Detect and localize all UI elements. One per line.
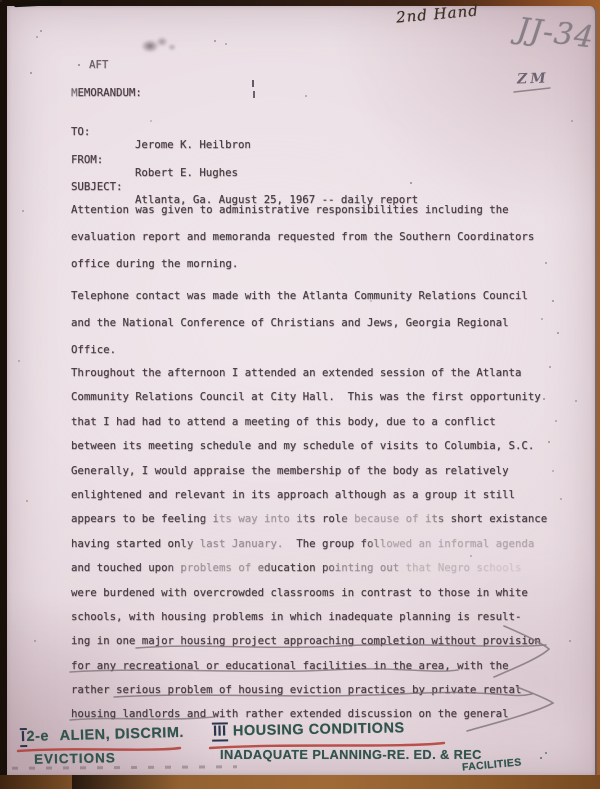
subject-label: SUBJECT: [71,180,122,193]
body-line: evaluation report and memoranda requeste… [71,223,571,250]
body-line: ing in one major housing project approac… [71,629,571,653]
from-label: FROM: [71,153,103,166]
body-line: Generally, I would appraise the membersh… [71,459,571,483]
right-title: HOUSING CONDITIONS [233,720,405,739]
body-line: having started only last January. The gr… [71,532,571,556]
body-line: Throughout the afternoon I attended an e… [71,361,571,385]
stray-ink-ticks [252,80,254,87]
memo-heading: MEMORANDUM: [71,86,142,99]
left-code: 2-e [26,728,49,745]
to-value: Jerome K. Heilbron [135,138,251,151]
body-line: and the National Conference of Christian… [71,309,571,336]
bottom-right-subcategory: INADAQUATE PLANNING-RE. ED. & REC [220,747,482,762]
memo-field-subject: SUBJECT: Atlanta, Ga. August 25, 1967 --… [71,167,97,181]
left-title: ALIEN, DISCRIM. [59,725,184,744]
body-line: Office. [71,336,571,363]
body-line: were burdened with overcrowded classroom… [71,581,571,605]
to-label: TO: [71,125,90,138]
body-line: that I had had to attend a meeting of th… [71,410,571,434]
bottom-left-subcategory: EVICTIONS [34,750,116,766]
paragraph-2: Telephone contact was made with the Atla… [71,282,571,364]
memo-field-from: FROM: Robert E. Hughes [71,140,97,154]
body-line: Attention was given to administrative re… [71,196,571,223]
paragraph-3: Throughout the afternoon I attended an e… [71,361,571,727]
from-value: Robert E. Hughes [135,166,238,179]
handwritten-initials: ZM [517,70,549,87]
body-line: appears to be feeling its way into its r… [71,507,571,531]
body-line: office during the morning. [71,250,571,277]
document-photo: AFT MEMORANDUM: TO: Jerome K. Heilbron F… [0,0,600,789]
body-line: Telephone contact was made with the Atla… [71,282,571,309]
body-line: Community Relations Council at City Hall… [71,385,571,409]
ink-smudge [138,34,178,56]
memo-field-to: TO: Jerome K. Heilbron [71,112,97,126]
bottom-right-category: III HOUSING CONDITIONS [212,719,405,741]
table-surface [0,775,600,789]
photocopy-specks [0,0,2,2]
draft-label: AFT [89,58,108,71]
body-line: between its meeting schedule and my sche… [71,434,571,458]
paragraph-1: Attention was given to administrative re… [71,196,571,278]
roman-numeral-three: III [212,722,228,741]
body-line: schools, with housing problems in which … [71,605,571,629]
body-line: for any recreational or educational faci… [71,654,571,678]
body-line: rather serious problem of housing evicti… [71,678,571,702]
body-line: enlightened and relevant in its approach… [71,483,571,507]
body-line: and touched upon problems of education p… [71,556,571,580]
